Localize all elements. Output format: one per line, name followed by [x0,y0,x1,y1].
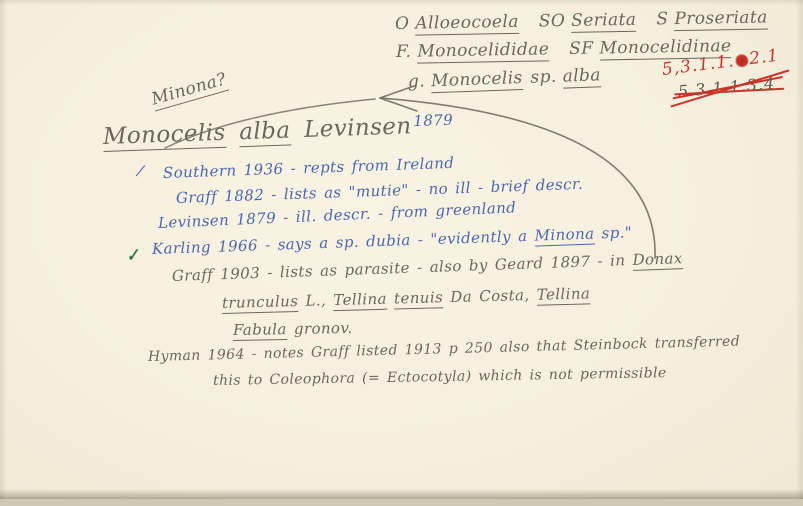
section-name: Proseriata [674,7,768,31]
card-left-edge [0,0,7,506]
entry-hyman-1964-line2: this to Coleophora (= Ectocotyla) which … [213,365,667,389]
family-name: Monocelididae [417,39,549,63]
title-year: 1879 [413,111,453,130]
card-right-edge [796,0,803,506]
filing-code-crossed-out: 5.3.1.1.3.4 [677,74,776,101]
subfamily-abbr: SF [569,39,594,59]
card-bottom-edge [0,499,803,506]
suborder-abbr: SO [539,11,566,31]
host-trunculus: trunculus [222,292,299,314]
entry-host-species: trunculus L., Tellina tenuis Da Costa, T… [222,284,591,312]
scribbled-digit [735,54,749,68]
title-species: alba [239,117,291,147]
host-tellina-2: Tellina [536,284,590,305]
code-suffix: 2.1 [748,46,780,70]
order-abbr: O [395,14,410,34]
title-genus: Monocelis [103,120,227,152]
host-donax: Donax [632,249,683,271]
taxonomy-line-order: OAlloeocoelaSOSeriataSProseriata [395,7,768,34]
order-name: Alloeocoela [415,12,519,36]
card-bottom-shadow [0,489,803,499]
host-tellina: Tellina [333,290,387,311]
suborder-name: Seriata [571,10,637,33]
family-abbr: F. [396,42,412,62]
title-author: Levinsen [304,113,412,143]
karling-genus: Minona [534,225,595,247]
entry-host-species-cont: Fabula gronov. [233,319,353,339]
section-abbr: S [656,9,668,29]
index-card: OAlloeocoelaSOSeriataSProseriata F.Monoc… [0,0,803,506]
host-fabula: Fabula [233,320,287,341]
host-tenuis: tenuis [394,288,444,309]
card-top-edge [0,0,803,5]
